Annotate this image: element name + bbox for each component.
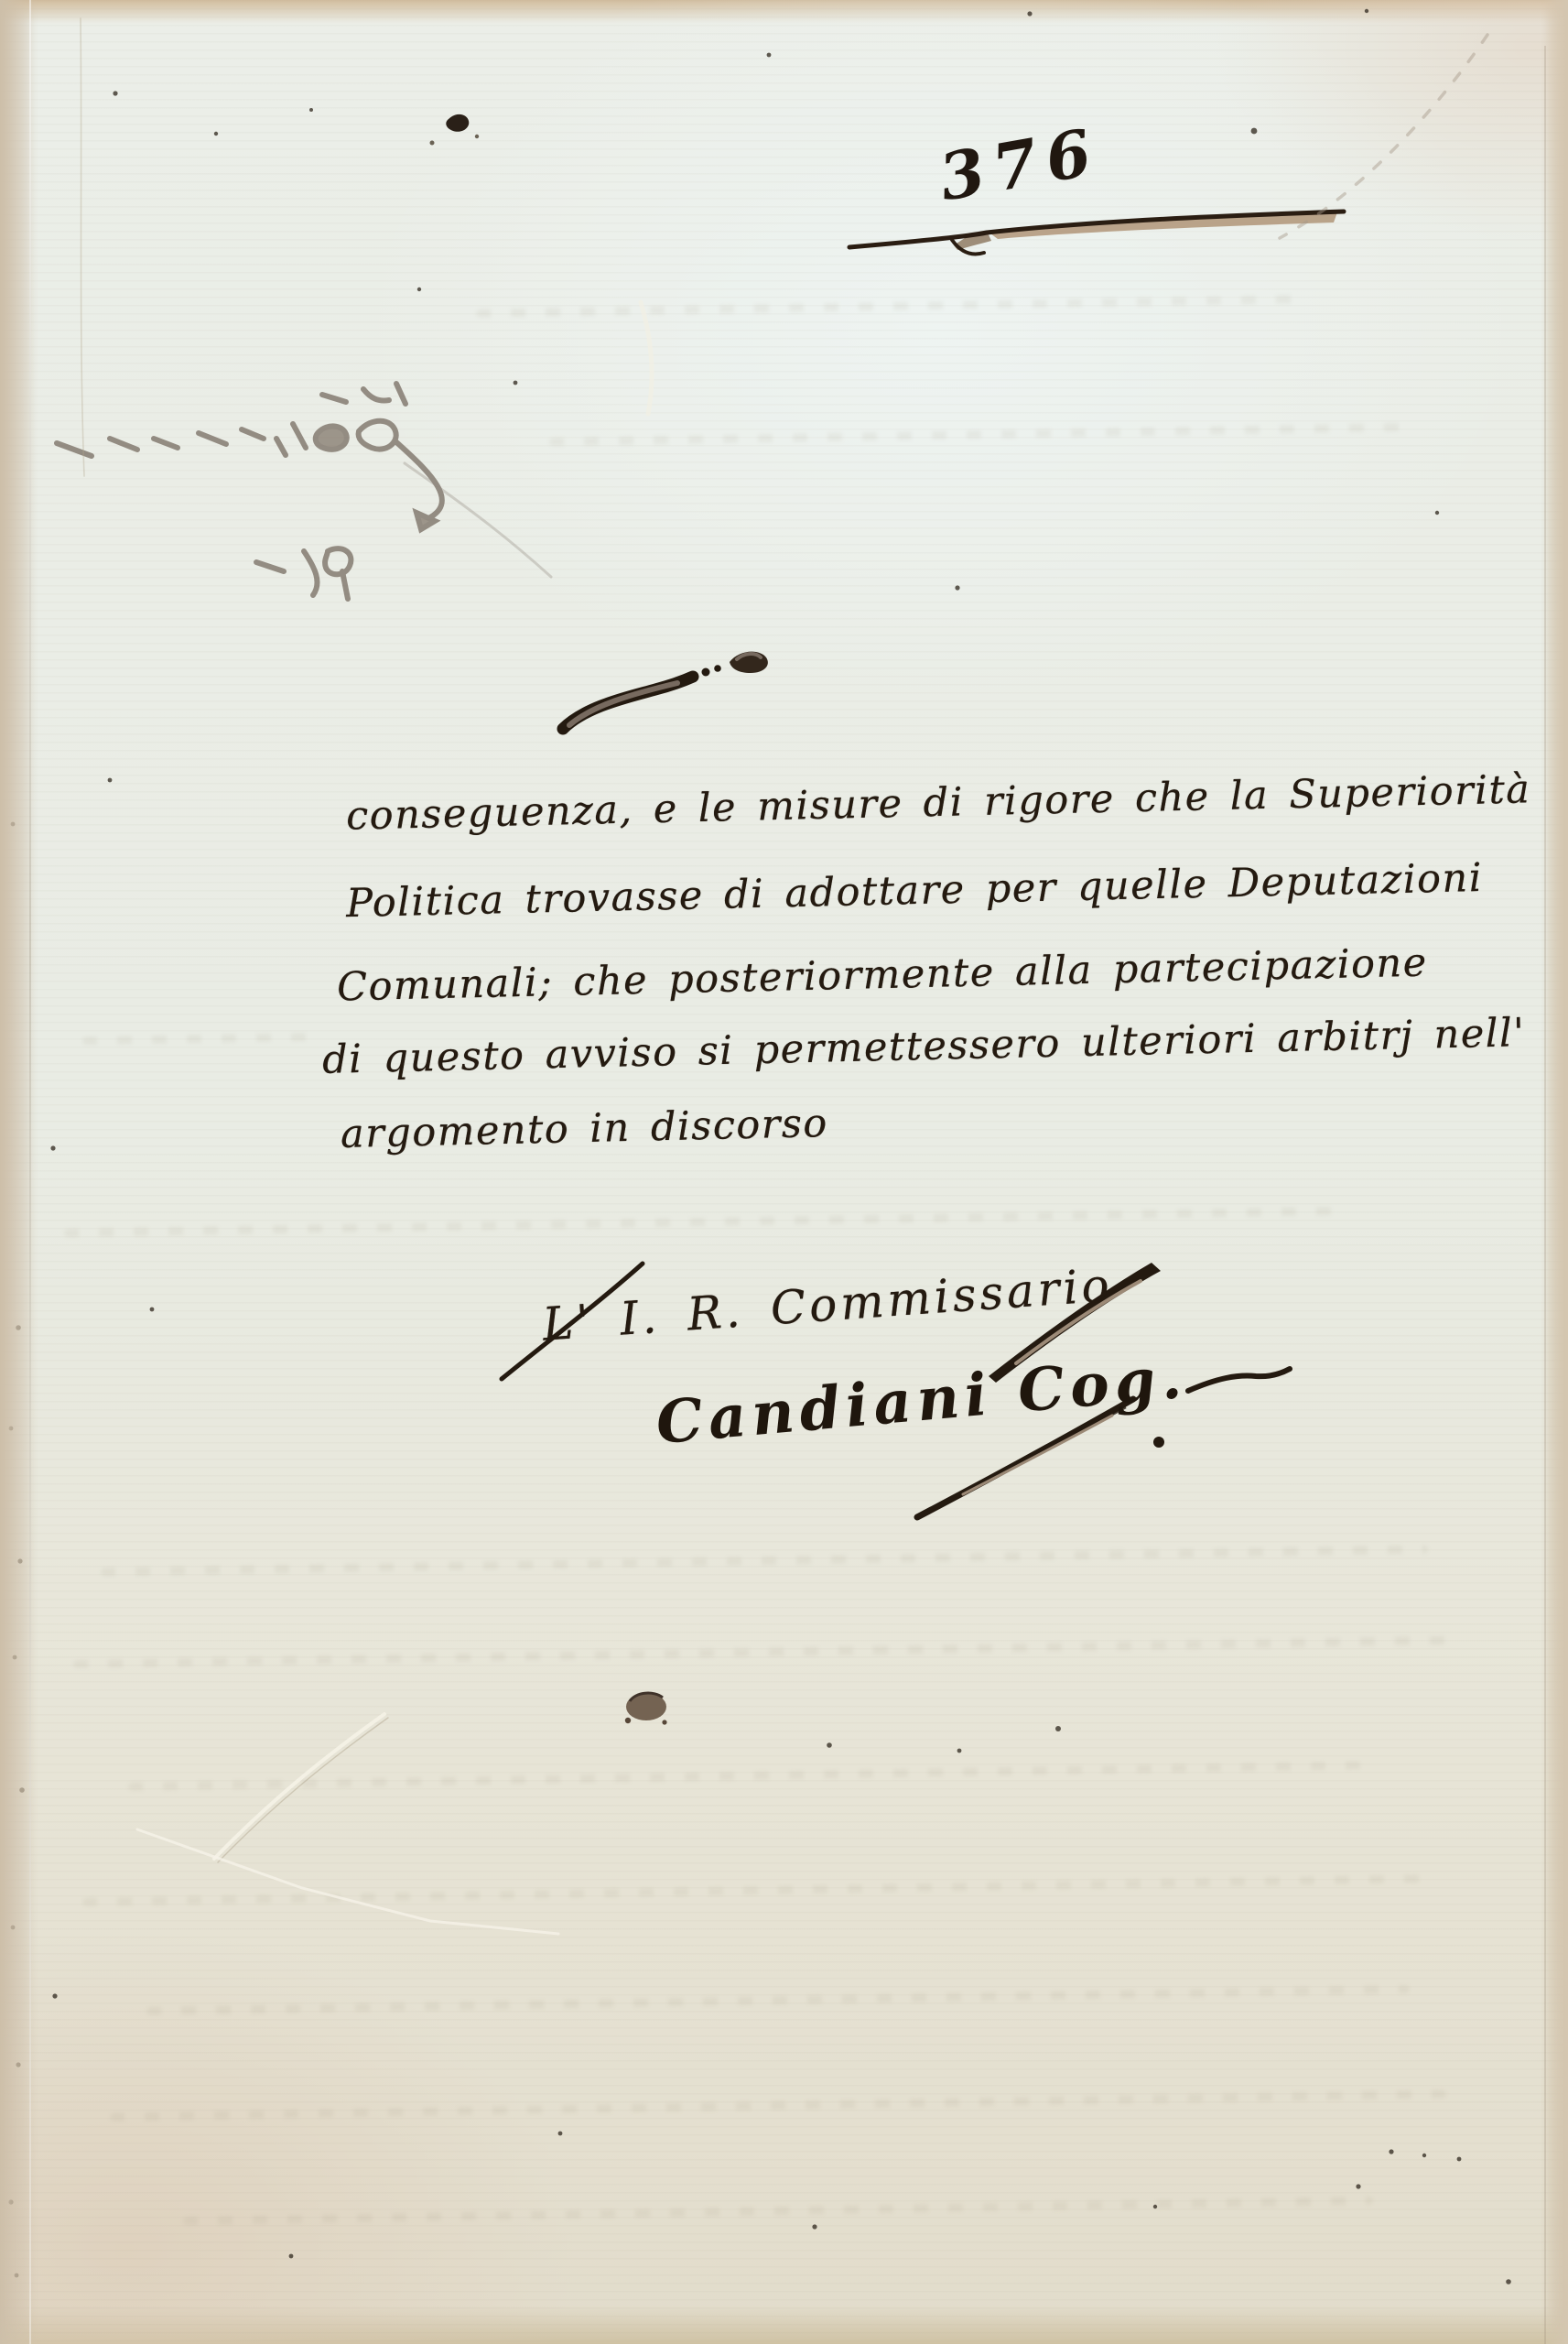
- faded-margin-strokes: [57, 384, 551, 599]
- torn-left-edge: [0, 0, 38, 2344]
- small-ink-mark: [430, 114, 480, 146]
- page-number-underline-flourish: [849, 210, 1344, 254]
- faded-arc-mark: [1280, 35, 1487, 238]
- signature-end-dash: [1188, 1369, 1290, 1391]
- ink-blot: [625, 1693, 667, 1725]
- signature-dot: [1153, 1437, 1164, 1448]
- page-right-edge: [1544, 0, 1568, 2344]
- opening-paraph-flourish: [563, 652, 768, 729]
- ink-marks-overlay: [0, 0, 1568, 2344]
- manuscript-page: 376 conseguenza, e le misure di rigore c…: [0, 0, 1568, 2344]
